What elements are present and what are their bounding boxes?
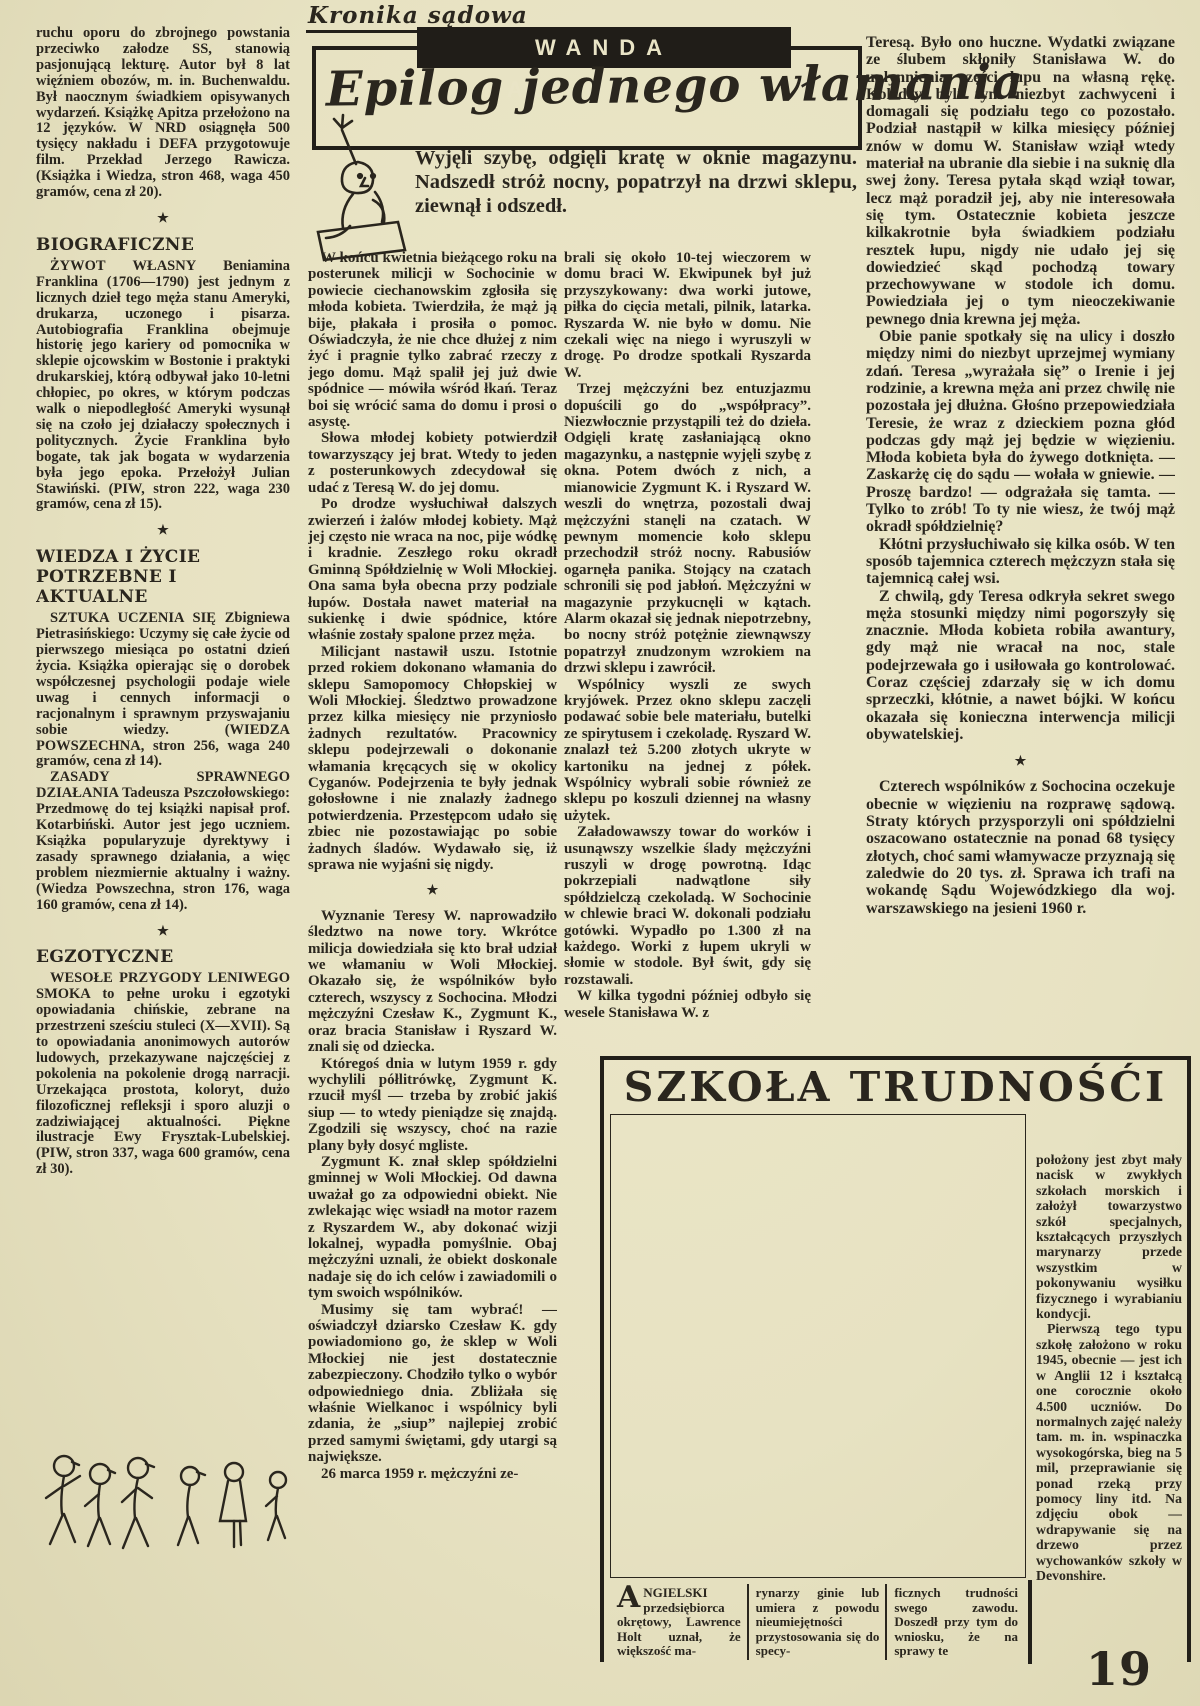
section-heading-wiedza: WIEDZA I ŻYCIE POTRZEBNE I AKTUALNE [36,547,290,607]
section-heading-biograficzne: BIOGRAFICZNE [36,235,290,255]
star-separator: ★ [308,882,557,898]
article-paragraph: Teresą. Było ono huczne. Wydatki związan… [866,34,1175,328]
cartoon-walking-figures-illustration [38,1436,290,1582]
feature-paragraph: Pierwszą tego typu szkołę założono w rok… [1036,1321,1182,1583]
photo-caption-1: ANGIELSKI przedsiębiorca okrętowy, Lawre… [610,1584,747,1660]
article-paragraph: Musimy się tam wybrać! — oświadczył dzia… [308,1302,557,1466]
caption-divider-bar [1028,1580,1032,1664]
caption-dropcap: A [617,1586,640,1610]
caption-text: rynarzy ginie lub umiera z powodu nieumi… [756,1585,880,1658]
review-paragraph: SZTUKA UCZENIA SIĘ Zbigniewa Pietrasińsk… [36,611,290,770]
star-separator: ★ [36,522,290,538]
photo-captions-row: ANGIELSKI przedsiębiorca okrętowy, Lawre… [610,1584,1024,1660]
article-paragraph: Czterech wspólników z Sochocina oczekuje… [866,778,1175,916]
article-paragraph: Załadowawszy towar do worków i usunąwszy… [564,824,811,988]
article-paragraph: Milicjant nastawił uszu. Istotnie przed … [308,644,557,874]
article-column-2: brali się około 10-tej wieczorem w domu … [564,250,811,1044]
article-paragraph: Któregoś dnia w lutym 1959 r. gdy wychyl… [308,1056,557,1154]
article-paragraph: Trzej mężczyźni bez entuzjazmu dopuścili… [564,381,811,676]
feature-headline: SZKOŁA TRUDNOŚĆI [604,1065,1187,1109]
feature-side-column: położony jest zbyt mały nacisk w zwykłyc… [1036,1152,1182,1662]
article-paragraph: 26 marca 1959 r. mężczyźni ze- [308,1466,557,1482]
article-column-3: Teresą. Było ono huczne. Wydatki związan… [866,34,1175,1014]
photo-caption-3: ficznych trudności swego zawodu. Doszedł… [885,1584,1024,1660]
article-paragraph: W kilka tygodni później odbyło się wesel… [564,988,811,1021]
article-column-1: W końcu kwietnia bieżącego roku na poste… [308,250,557,1656]
article-paragraph: Wspólnicy wyszli ze swych kryjówek. Prze… [564,677,811,825]
pointing-figure-doodle [298,110,426,266]
section-heading-line1: WIEDZA I ŻYCIE [36,547,290,567]
article-paragraph: Zygmunt K. znał sklep spółdzielni gminne… [308,1154,557,1302]
lead-paragraph: Wyjęli szybę, odgięli kratę w oknie maga… [415,146,857,218]
review-paragraph: ruchu oporu do zbrojnego powstania przec… [36,26,290,201]
article-paragraph: Po drodze wysłuchiwał dalszych zwierzeń … [308,496,557,644]
review-paragraph: ŻYWOT WŁASNY Beniamina Franklina (1706—1… [36,259,290,514]
caption-text: ficznych trudności swego zawodu. Doszedł… [894,1585,1018,1658]
feature-paragraph: położony jest zbyt mały nacisk w zwykłyc… [1036,1152,1182,1321]
feature-photo [610,1114,1026,1578]
photo-caption-2: rynarzy ginie lub umiera z powodu nieumi… [747,1584,886,1660]
article-paragraph: brali się około 10-tej wieczorem w domu … [564,250,811,381]
article-paragraph: Wyznanie Teresy W. naprowadziło śledztwo… [308,908,557,1056]
star-separator: ★ [866,752,1175,769]
article-paragraph: Z chwilą, gdy Teresa odkryła sekret sweg… [866,588,1175,744]
star-separator: ★ [36,923,290,939]
page-number: 19 [1086,1642,1152,1696]
article-paragraph: Słowa młodej kobiety potwierdził towarzy… [308,430,557,496]
section-heading-line2: POTRZEBNE I AKTUALNE [36,567,290,607]
review-paragraph: WESOŁE PRZYGODY LENIWEGO SMOKA to pełne … [36,971,290,1178]
newspaper-page: { "glyphs": { "star": "★" }, "page": { "… [0,0,1200,1706]
article-paragraph: Kłótni przysłuchiwało się kilka osób. W … [866,536,1175,588]
star-separator: ★ [36,210,290,226]
book-review-column: ruchu oporu do zbrojnego powstania przec… [36,26,290,1430]
article-paragraph: Obie panie spotkały się na ulicy i doszł… [866,328,1175,536]
review-paragraph: ZASADY SPRAWNEGO DZIAŁANIA Tadeusza Pszc… [36,770,290,913]
section-heading-egzotyczne: EGZOTYCZNE [36,947,290,967]
article-paragraph: W końcu kwietnia bieżącego roku na poste… [308,250,557,430]
feature-box-szkola-trudnosci: SZKOŁA TRUDNOŚĆI położony jest zbyt mały… [600,1056,1191,1662]
